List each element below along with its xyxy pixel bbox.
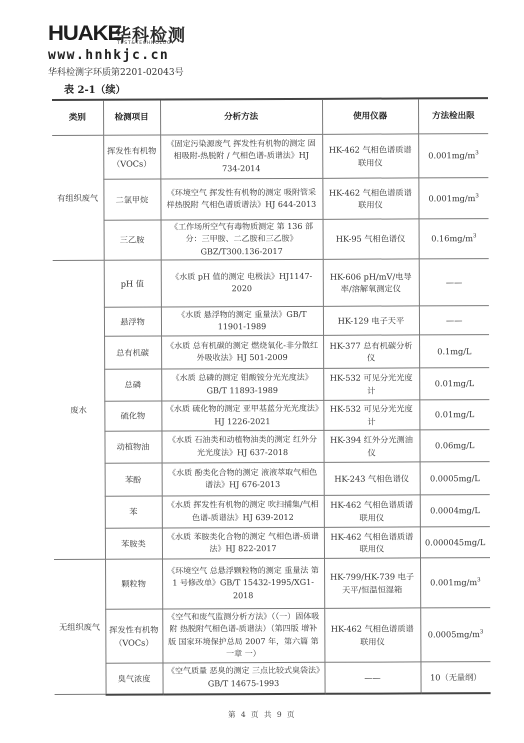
table-row: 三乙胺 《工作场所空气有毒物质测定 第 136 部分：三甲胺、二乙胺和三乙胺》G… [53,219,489,261]
header-limit: 方法检出限 [418,98,488,134]
method-cell: 《水质 总有机碳的测定 燃烧氧化-非分散红外吸收法》HJ 501-2009 [161,335,323,369]
table-row: 挥发性有机物（VOCs） 《空气和废气监测分析方法》（（一）固体吸附 热脱附气相… [54,608,490,664]
limit-cell: —— [419,259,489,306]
header-item: 检测项目 [103,100,160,136]
item-cell: 总磷 [104,369,161,401]
header-category: 类别 [52,100,103,136]
table-header-row: 类别 检测项目 分析方法 使用仪器 方法检出限 [52,98,488,135]
table-row: 悬浮物 《水质 悬浮物的测定 重量法》GB/T 11901-1989 HK-12… [53,306,489,337]
item-cell: pH 值 [104,260,161,307]
instrument-cell: HK-243 气相色谱仪 [324,462,420,495]
item-cell: 硫化物 [104,401,161,431]
limit-cell: 0.001mg/m3 [418,178,488,219]
instrument-cell: HK-799/HK-739 电子天平/恒温恒湿箱 [324,558,420,608]
limit-cell: 0.01mg/L [419,368,489,400]
instrument-cell: HK-462 气相色谱质谱联用仪 [324,608,420,662]
method-cell: 《水质 pH 值的测定 电极法》HJ1147-2020 [161,259,323,307]
method-cell: 《固定污染源废气 挥发性有机物的测定 固相吸附-热脱附 / 气相色谱-质谱法》H… [160,134,322,179]
table-title: 表 2-1（续） [64,81,126,96]
limit-cell: —— [419,306,489,335]
method-cell: 《工作场所空气有毒物质测定 第 136 部分：三甲胺、二乙胺和三乙胺》GBZ/T… [161,219,323,260]
table-row: 总有机碳 《水质 总有机碳的测定 燃烧氧化-非分散红外吸收法》HJ 501-20… [53,335,489,370]
method-cell: 《环境空气 总悬浮颗粒物的测定 重量法 第 1 号修改单》GB/T 15432-… [162,558,324,609]
detection-methods-table: 类别 检测项目 分析方法 使用仪器 方法检出限 有组织废气 挥发性有机物（VOC… [52,97,491,695]
instrument-cell: HK-377 总有机碳分析仪 [323,335,419,368]
instrument-cell: HK-95 气相色谱仪 [323,219,419,259]
table-row: 无组织废气 颗粒物 《环境空气 总悬浮颗粒物的测定 重量法 第 1 号修改单》G… [54,558,490,610]
instrument-cell: HK-129 电子天平 [323,306,419,335]
instrument-cell: HK-462 气相色谱质谱联用仪 [324,495,420,527]
item-cell: 苯酚 [105,463,162,496]
table-row: 苯 《水质 挥发性有机物的测定 吹扫捕集/气相色谱-质谱法》HJ 639-201… [54,495,490,529]
table-row: 有组织废气 挥发性有机物（VOCs） 《固定污染源废气 挥发性有机物的测定 固相… [52,134,488,180]
instrument-cell: HK-532 可见分光光度计 [323,400,419,430]
table-row: 总磷 《水质 总磷的测定 钼酸铵分光光度法》GB/T 11893-1989 HK… [53,368,489,402]
table-row: 动植物油 《水质 石油类和动植物油类的测定 红外分光光度法》HJ 637-201… [53,430,489,464]
method-cell: 《空气和废气监测分析方法》（（一）固体吸附 热脱附气相色谱-质谱法）（第四版 增… [162,608,324,663]
table-row: 硫化物 《水质 硫化物的测定 亚甲基蓝分光光度法》HJ 1226-2021 HK… [53,400,489,432]
limit-cell: 0.1mg/L [419,335,489,368]
table-row: 臭气浓度 《空气质量 恶臭的测定 三点比较式臭袋法》GB/T 14675-199… [54,662,490,695]
company-logo: HUAKE 华科检测 TEST&TECHNOLOGY www.hnhkjc.cn [48,22,198,62]
logo-brand-text: HUAKE [48,22,121,46]
page-number: 第 4 页 共 9 页 [0,709,524,720]
item-cell: 二氯甲烷 [103,179,160,220]
method-cell: 《水质 总磷的测定 钼酸铵分光光度法》GB/T 11893-1989 [161,368,323,401]
table-row: 苯酚 《水质 酚类化合物的测定 液液萃取气相色谱法》HJ 676-2013 HK… [54,462,490,497]
limit-cell: 0.001mg/m3 [420,558,490,608]
item-cell: 挥发性有机物（VOCs） [103,135,160,179]
limit-cell: 10（无量纲） [420,662,490,693]
item-cell: 苯 [105,496,162,528]
limit-cell: 0.16mg/m3 [419,219,489,259]
method-cell: 《水质 硫化物的测定 亚甲基蓝分光光度法》HJ 1226-2021 [161,400,323,431]
method-cell: 《水质 苯胺类化合物的测定 气相色谱-质谱法》HJ 822-2017 [162,527,324,559]
item-cell: 颗粒物 [105,559,162,609]
document-number: 华科检测字环质第2201-02043号 [48,65,184,78]
table-row: 废水 pH 值 《水质 pH 值的测定 电极法》HJ1147-2020 HK-6… [53,259,489,308]
item-cell: 总有机碳 [104,336,161,369]
instrument-cell: HK-462 气相色谱质谱联用仪 [322,178,418,219]
limit-cell: 0.001mg/m3 [418,134,488,178]
item-cell: 挥发性有机物（VOCs） [105,609,162,663]
logo-website: www.hnhkjc.cn [48,48,169,63]
limit-cell: 0.06mg/L [419,430,489,462]
table-row: 苯胺类 《水质 苯胺类化合物的测定 气相色谱-质谱法》HJ 822-2017 H… [54,527,490,560]
item-cell: 三乙胺 [104,220,161,260]
instrument-cell: HK-462 气相色谱质谱联用仪 [322,134,418,178]
limit-cell: 0.0005mg/L [420,462,490,495]
item-cell: 动植物油 [104,431,161,463]
limit-cell: 0.0004mg/L [420,495,490,527]
header-instrument: 使用仪器 [322,98,418,134]
header-method: 分析方法 [160,99,322,135]
instrument-cell: HK-462 气相色谱质谱联用仪 [324,527,420,558]
instrument-cell: HK-606 pH/mV/电导率/溶解氧测定仪 [323,259,419,306]
limit-cell: 0.01mg/L [419,400,489,430]
item-cell: 苯胺类 [105,528,162,559]
method-cell: 《水质 悬浮物的测定 重量法》GB/T 11901-1989 [161,306,323,336]
item-cell: 悬浮物 [104,307,161,336]
category-cell: 废水 [53,260,105,559]
instrument-cell: —— [324,662,420,693]
method-cell: 《水质 挥发性有机物的测定 吹扫捕集/气相色谱-质谱法》HJ 639-2012 [162,495,324,528]
table-row: 二氯甲烷 《环境空气 挥发性有机物的测定 吸附管采样热脱附 气相色谱质谱法》HJ… [52,178,488,221]
instrument-cell: HK-532 可见分光光度计 [323,368,419,400]
instrument-cell: HK-394 红外分光测油仪 [323,430,419,462]
logo-tagline: TEST&TECHNOLOGY [117,41,175,46]
category-cell: 无组织废气 [54,559,106,694]
method-cell: 《空气质量 恶臭的测定 三点比较式臭袋法》GB/T 14675-1993 [162,662,324,694]
item-cell: 臭气浓度 [105,663,162,694]
limit-cell: 0.0005mg/m3 [420,608,490,662]
method-cell: 《环境空气 挥发性有机物的测定 吸附管采样热脱附 气相色谱质谱法》HJ 644-… [160,178,322,220]
method-cell: 《水质 酚类化合物的测定 液液萃取气相色谱法》HJ 676-2013 [162,462,324,496]
category-cell: 有组织废气 [52,135,104,260]
method-cell: 《水质 石油类和动植物油类的测定 红外分光光度法》HJ 637-2018 [161,430,323,463]
limit-cell: 0.000045mg/L [420,527,490,558]
